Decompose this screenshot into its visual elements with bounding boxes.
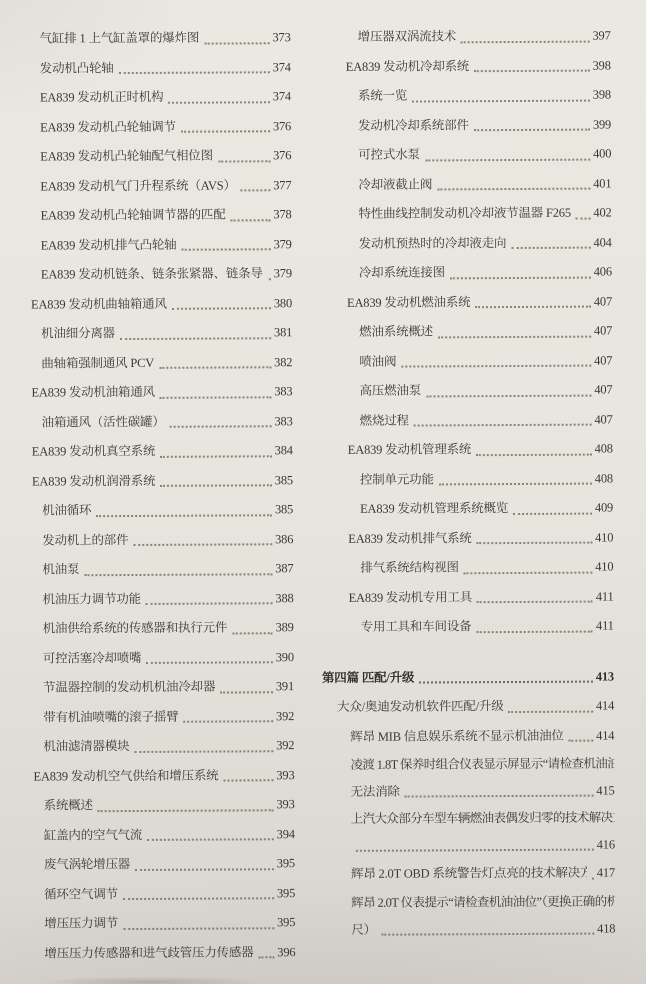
toc-entry: 机油供给系统的传感器和执行元件389 <box>33 613 294 644</box>
toc-entry: 排气系统结构视图410 <box>321 552 613 583</box>
dot-leader <box>98 809 274 812</box>
dot-leader <box>241 189 270 191</box>
toc-entry: 增压压力传感器和进气歧管压力传感器396 <box>34 938 295 969</box>
toc-entry-continuation: 无法消除415 <box>351 777 615 805</box>
toc-entry: 辉昂 2.0T 仪表提示“请检查机油油位”（更换正确的机油尺）418 <box>323 888 615 944</box>
toc-entry: EA839 发动机空气供给和增压系统393 <box>33 761 294 792</box>
dot-leader <box>184 720 274 722</box>
toc-entry-label: 第四篇 匹配/升级 <box>322 663 414 693</box>
dot-leader <box>134 750 273 753</box>
toc-entry-page-number: 411 <box>596 611 614 641</box>
toc-entry-page-number: 392 <box>276 702 294 732</box>
toc-entry: EA839 发动机凸轮轴调节376 <box>30 112 291 143</box>
toc-entry-label: 增压压力调节 <box>44 909 118 939</box>
toc-entry-page-number: 398 <box>593 51 611 81</box>
dot-leader <box>513 512 592 514</box>
dot-leader <box>405 795 594 798</box>
toc-entry-label: 尺） <box>351 916 376 943</box>
toc-entry-page-number: 374 <box>273 53 291 83</box>
toc-entry-page-number: 408 <box>595 464 613 494</box>
dot-leader <box>218 160 270 162</box>
toc-entry-label: 控制单元功能 <box>360 465 434 495</box>
toc-entry: EA839 发动机专用工具411 <box>321 582 613 613</box>
dot-leader <box>96 514 272 517</box>
toc-entry: 节温器控制的发动机机油冷却器391 <box>33 672 294 703</box>
toc-entry-label: 节温器控制的发动机机油冷却器 <box>43 673 215 703</box>
toc-entry: 废气涡轮增压器395 <box>34 849 295 880</box>
toc-entry-label: 无法消除 <box>351 779 400 806</box>
toc-entry: 辉昂 MIB 信息娱乐系统不显示机油油位414 <box>322 721 614 752</box>
toc-entry-label: 机油滤清器模块 <box>43 732 129 762</box>
toc-entry: EA839 发动机燃油系统407 <box>320 287 612 318</box>
dot-leader <box>464 571 592 574</box>
toc-entry-page-number: 410 <box>595 523 613 553</box>
toc-entry: 发动机冷却系统部件399 <box>319 110 611 141</box>
dot-leader <box>181 130 270 132</box>
toc-entry-page-number: 377 <box>273 171 291 201</box>
toc-entry: 油箱通风（活性碳罐）383 <box>32 407 293 438</box>
toc-entry-label: 排气系统结构视图 <box>360 553 459 583</box>
dot-leader <box>84 573 272 576</box>
dot-leader <box>356 849 594 852</box>
toc-entry-page-number: 393 <box>276 790 294 820</box>
dot-leader <box>220 691 273 693</box>
dot-leader <box>147 838 273 841</box>
toc-entry: EA839 发动机冷却系统398 <box>319 51 611 82</box>
toc-entry: 凌渡 1.8T 保养时组合仪表显示屏显示“请检查机油油位”无法消除415 <box>322 750 614 806</box>
toc-entry-page-number: 382 <box>274 348 292 378</box>
dot-leader <box>474 70 589 73</box>
toc-entry: 机油泵387 <box>32 554 293 585</box>
toc-entry-label: 机油循环 <box>42 496 91 526</box>
toc-entry-page-number: 394 <box>277 820 295 850</box>
dot-leader <box>509 710 593 712</box>
toc-entry: 高压燃油泵407 <box>320 375 612 406</box>
dot-leader <box>123 897 274 900</box>
toc-entry: 循环空气调节395 <box>34 879 295 910</box>
toc-entry: 增压压力调节395 <box>34 908 295 939</box>
dot-leader <box>168 101 269 104</box>
toc-entry-label: EA839 发动机管理系统 <box>348 435 472 465</box>
toc-column-left: 气缸排 1 上气缸盖罩的爆炸图373发动机凸轮轴374EA839 发动机正时机构… <box>30 23 296 968</box>
toc-entry-label: EA839 发动机凸轮轴配气相位图 <box>40 142 213 172</box>
toc-entry-label: EA839 发动机排气凸轮轴 <box>41 230 177 260</box>
toc-entry-label: EA839 发动机曲轴箱通风 <box>31 289 167 319</box>
toc-entry-label: 辉昂 MIB 信息娱乐系统不显示机油油位 <box>350 721 564 752</box>
dot-leader <box>135 868 274 871</box>
toc-entry: 特性曲线控制发动机冷却液节温器 F265402 <box>319 198 611 229</box>
toc-entry-page-number: 413 <box>596 662 614 692</box>
toc-entry-label: 废气涡轮增压器 <box>44 850 130 880</box>
toc-entry: 曲轴箱强制通风 PCV382 <box>31 348 292 379</box>
dot-leader <box>381 932 594 935</box>
toc-entry-label: 发动机上的部件 <box>42 526 128 556</box>
toc-entry-page-number: 396 <box>277 938 295 968</box>
dot-leader <box>438 335 591 338</box>
toc-entry: 上汽大众部分车型车辆燃油表偶发归零的技术解决方案416 <box>323 804 615 860</box>
toc-entry-label: EA839 发动机润滑系统 <box>32 466 156 496</box>
toc-entry: EA839 发动机曲轴箱通风380 <box>31 289 292 320</box>
dot-leader <box>133 543 272 546</box>
dot-leader <box>419 681 593 684</box>
toc-entry-page-number: 384 <box>275 436 293 466</box>
toc-entry-label: 燃烧过程 <box>360 406 409 436</box>
toc-entry: 冷却系统连接图406 <box>320 257 612 288</box>
toc-entry: 冷却液截止阀401 <box>319 169 611 200</box>
toc-entry-page-number: 407 <box>594 405 612 435</box>
toc-entry-page-number: 380 <box>274 289 292 319</box>
dot-leader <box>474 129 590 132</box>
dot-leader <box>439 483 592 486</box>
toc-entry-label: EA839 发动机油箱通风 <box>31 378 155 408</box>
toc-entry-label: EA839 发动机凸轮轴调节 <box>40 112 176 142</box>
toc-entry: 机油压力调节功能388 <box>32 584 293 615</box>
toc-entry-label: EA839 发动机凸轮轴调节器的匹配 <box>40 201 225 231</box>
toc-entry: EA839 发动机油箱通风383 <box>31 377 292 408</box>
dot-leader <box>414 424 592 427</box>
toc-entry-label: EA839 发动机链条、链条张紧器、链条导向装置 <box>41 259 264 290</box>
toc-entry: 发动机凸轮轴374 <box>30 53 291 84</box>
toc-column-right: 增压器双涡流技术397EA839 发动机冷却系统398系统一览398发动机冷却系… <box>319 21 616 943</box>
toc-entry-page-number: 385 <box>275 495 293 525</box>
dot-leader <box>511 247 590 249</box>
toc-entry-label: 可控活塞冷却喷嘴 <box>43 643 142 673</box>
dot-leader <box>576 217 591 219</box>
dot-leader <box>119 71 270 74</box>
toc-entry-label: 机油泵 <box>42 555 79 585</box>
dot-leader <box>146 602 272 605</box>
toc-entry: 带有机油喷嘴的滚子摇臂392 <box>33 702 294 733</box>
dot-leader <box>160 396 271 399</box>
toc-entry: 大众/奥迪发动机软件匹配/升级414 <box>322 691 614 722</box>
toc-entry: EA839 发动机正时机构374 <box>30 82 291 113</box>
toc-entry-page-number: 406 <box>594 257 612 287</box>
toc-entry-page-number: 407 <box>594 346 612 376</box>
toc-entry-page-number: 400 <box>593 139 611 169</box>
toc-entry: EA839 发动机链条、链条张紧器、链条导向装置379 <box>31 259 292 290</box>
dot-leader <box>120 337 271 340</box>
toc-page: 气缸排 1 上气缸盖罩的爆炸图373发动机凸轮轴374EA839 发动机正时机构… <box>0 0 646 984</box>
toc-entry-label: EA839 发动机正时机构 <box>40 83 164 113</box>
toc-entry-page-number: 395 <box>277 849 295 879</box>
toc-entry: 气缸排 1 上气缸盖罩的爆炸图373 <box>30 23 291 54</box>
toc-entry-page-number: 383 <box>274 377 292 407</box>
paper-sheet: 气缸排 1 上气缸盖罩的爆炸图373发动机凸轮轴374EA839 发动机正时机构… <box>0 0 646 984</box>
toc-entry-page-number: 379 <box>273 230 291 260</box>
toc-entry: 系统一览398 <box>319 80 611 111</box>
toc-entry-label: 机油细分离器 <box>41 319 115 349</box>
dot-leader <box>476 630 593 633</box>
toc-entry-page-number: 388 <box>275 584 293 614</box>
toc-entry: 发动机预热时的冷却液走向404 <box>320 228 612 259</box>
toc-entry-page-number: 410 <box>595 552 613 582</box>
toc-entry-page-number: 416 <box>597 831 615 858</box>
toc-entry-page-number: 378 <box>273 200 291 230</box>
toc-entry-label: EA839 发动机气门升程系统（AVS） <box>40 171 236 202</box>
toc-entry-page-number: 374 <box>273 82 291 112</box>
toc-entry: 发动机上的部件386 <box>32 525 293 556</box>
toc-entry-page-number: 409 <box>595 493 613 523</box>
toc-entry: 燃烧过程407 <box>321 405 613 436</box>
toc-entry: EA839 发动机润滑系统385 <box>32 466 293 497</box>
toc-entry-label: EA839 发动机专用工具 <box>348 583 472 613</box>
toc-entry: 机油循环385 <box>32 495 293 526</box>
toc-entry: 可控式水泵400 <box>319 139 611 170</box>
toc-entry-label: 增压压力传感器和进气歧管压力传感器 <box>44 938 253 969</box>
toc-entry-label: EA839 发动机燃油系统 <box>347 288 471 318</box>
toc-entry-continuation: 尺）418 <box>351 915 615 943</box>
toc-entry-page-number: 383 <box>274 407 292 437</box>
toc-entry-label: 特性曲线控制发动机冷却液节温器 F265 <box>358 199 570 230</box>
toc-entry: 机油滤清器模块392 <box>33 731 294 762</box>
dot-leader <box>160 484 271 487</box>
toc-entry-page-number: 385 <box>275 466 293 496</box>
toc-entry-page-number: 376 <box>273 141 291 171</box>
toc-entry-page-number: 386 <box>275 525 293 555</box>
toc-entry-label: 专用工具和车间设备 <box>361 612 472 642</box>
dot-leader <box>223 779 273 781</box>
toc-entry-label: 曲轴箱强制通风 PCV <box>41 348 154 378</box>
toc-entry-page-number: 395 <box>277 908 295 938</box>
toc-entry-page-number: 402 <box>593 198 611 228</box>
toc-entry: 喷油阀407 <box>320 346 612 377</box>
dot-leader <box>259 956 275 958</box>
toc-entry-page-number: 407 <box>594 375 612 405</box>
dot-leader <box>160 455 271 458</box>
toc-entry-label: 机油供给系统的传感器和执行元件 <box>43 614 228 644</box>
toc-entry-page-number: 390 <box>276 643 294 673</box>
toc-entry-label: EA839 发动机真空系统 <box>32 437 156 467</box>
toc-entry-page-number: 397 <box>592 21 610 51</box>
toc-entry-label: 气缸排 1 上气缸盖罩的爆炸图 <box>40 24 200 54</box>
dot-leader <box>569 740 593 742</box>
toc-entry-page-number: 398 <box>593 80 611 110</box>
toc-entry-page-number: 411 <box>596 582 614 612</box>
toc-entry-page-number: 404 <box>593 228 611 258</box>
dot-leader <box>477 601 593 604</box>
dot-leader <box>412 99 590 102</box>
dot-leader <box>477 542 592 545</box>
toc-entry: EA839 发动机排气系统410 <box>321 523 613 554</box>
toc-entry-page-number: 418 <box>597 915 615 942</box>
toc-entry-page-number: 415 <box>596 777 614 804</box>
toc-entry-label: 缸盖内的空气气流 <box>44 820 143 850</box>
toc-entry: EA839 发动机管理系统408 <box>321 434 613 465</box>
toc-entry-label: EA839 发动机空气供给和增压系统 <box>33 761 218 791</box>
dot-leader <box>269 278 271 280</box>
toc-entry-label: 辉昂 2.0T 仪表提示“请检查机油油位”（更换正确的机油 <box>351 888 615 916</box>
toc-entry-label: 冷却系统连接图 <box>359 258 445 288</box>
toc-entry-label: 系统一览 <box>358 82 407 112</box>
toc-entry-label: 冷却液截止阀 <box>358 170 432 200</box>
dot-leader <box>450 276 591 279</box>
dot-leader <box>231 219 271 221</box>
toc-entry: 缸盖内的空气气流394 <box>34 820 295 851</box>
toc-entry-page-number: 407 <box>594 316 612 346</box>
dot-leader <box>204 42 269 44</box>
toc-entry-label: 系统概述 <box>44 791 93 821</box>
toc-entry: 专用工具和车间设备411 <box>322 611 614 642</box>
toc-entry-page-number: 392 <box>276 731 294 761</box>
toc-entry-page-number: 414 <box>596 691 614 721</box>
toc-entry: 燃油系统概述407 <box>320 316 612 347</box>
toc-entry-label: 增压器双涡流技术 <box>358 22 457 52</box>
toc-entry-page-number: 393 <box>276 761 294 791</box>
toc-entry: 可控活塞冷却喷嘴390 <box>33 643 294 674</box>
toc-entry-label: 发动机预热时的冷却液走向 <box>359 229 507 259</box>
toc-entry: 机油细分离器381 <box>31 318 292 349</box>
toc-entry-page-number: 376 <box>273 112 291 142</box>
toc-entry-label: 喷油阀 <box>359 347 396 377</box>
toc-entry: 第四篇 匹配/升级413 <box>322 662 614 693</box>
toc-entry-page-number: 407 <box>594 287 612 317</box>
toc-entry-label: 油箱通风（活性碳罐） <box>42 407 165 437</box>
toc-entry-continuation: 416 <box>351 831 615 859</box>
toc-entry-label: 凌渡 1.8T 保养时组合仪表显示屏显示“请检查机油油位” <box>350 750 614 778</box>
toc-entry-page-number: 381 <box>274 318 292 348</box>
toc-entry-label: 辉昂 2.0T OBD 系统警告灯点亮的技术解决方案 <box>351 859 587 890</box>
dot-leader <box>476 453 591 456</box>
toc-entry: EA839 发动机管理系统概览409 <box>321 493 613 524</box>
toc-entry-page-number: 389 <box>275 613 293 643</box>
toc-entry-label: 燃油系统概述 <box>359 317 433 347</box>
dot-leader <box>181 248 270 250</box>
toc-entry: EA839 发动机气门升程系统（AVS）377 <box>30 171 291 202</box>
toc-entry-page-number: 391 <box>276 672 294 702</box>
toc-entry: EA839 发动机排气凸轮轴379 <box>31 230 292 261</box>
dot-leader <box>123 927 274 930</box>
toc-entry-label: 循环空气调节 <box>44 880 118 910</box>
toc-entry-label: 机油压力调节功能 <box>42 584 141 614</box>
dot-leader <box>170 425 272 428</box>
toc-entry-label: 带有机油喷嘴的滚子摇臂 <box>43 702 178 732</box>
dot-leader <box>232 632 272 634</box>
dot-leader <box>159 366 271 369</box>
dot-leader <box>592 877 594 879</box>
toc-entry-page-number: 387 <box>275 554 293 584</box>
toc-entry-label: 发动机冷却系统部件 <box>358 111 469 141</box>
dot-leader <box>461 40 589 43</box>
toc-entry-page-number: 401 <box>593 169 611 199</box>
toc-entry: 增压器双涡流技术397 <box>319 21 611 52</box>
toc-entry-page-number: 395 <box>277 879 295 909</box>
toc-entry-label: 可控式水泵 <box>358 140 420 170</box>
dot-leader <box>475 306 590 309</box>
toc-entry-label: EA839 发动机排气系统 <box>348 524 472 554</box>
toc-entry-page-number: 399 <box>593 110 611 140</box>
toc-entry-page-number: 414 <box>596 721 614 751</box>
toc-entry-page-number: 417 <box>597 858 615 888</box>
toc-entry-page-number: 373 <box>272 23 290 53</box>
toc-entry: EA839 发动机真空系统384 <box>32 436 293 467</box>
toc-entry: EA839 发动机凸轮轴配气相位图376 <box>30 141 291 172</box>
toc-entry: 控制单元功能408 <box>321 464 613 495</box>
toc-entry-label: EA839 发动机冷却系统 <box>346 52 470 82</box>
toc-entry-label: 大众/奥迪发动机软件匹配/升级 <box>337 692 504 722</box>
toc-entry-label: 发动机凸轮轴 <box>40 54 114 84</box>
dot-leader <box>437 188 590 191</box>
toc-entry: EA839 发动机凸轮轴调节器的匹配378 <box>30 200 291 231</box>
dot-leader <box>172 307 271 310</box>
dot-leader <box>401 365 591 368</box>
dot-leader <box>425 158 590 161</box>
toc-entry-label: 上汽大众部分车型车辆燃油表偶发归零的技术解决方案 <box>351 804 615 832</box>
toc-entry-label: EA839 发动机管理系统概览 <box>360 494 508 524</box>
dot-leader <box>146 661 272 664</box>
toc-entry: 系统概述393 <box>34 790 295 821</box>
toc-entry-label: 高压燃油泵 <box>359 376 421 406</box>
toc-entry-page-number: 408 <box>595 434 613 464</box>
dot-leader <box>426 394 591 397</box>
toc-entry-page-number: 379 <box>274 259 292 289</box>
toc-entry: 辉昂 2.0T OBD 系统警告灯点亮的技术解决方案417 <box>323 858 615 889</box>
